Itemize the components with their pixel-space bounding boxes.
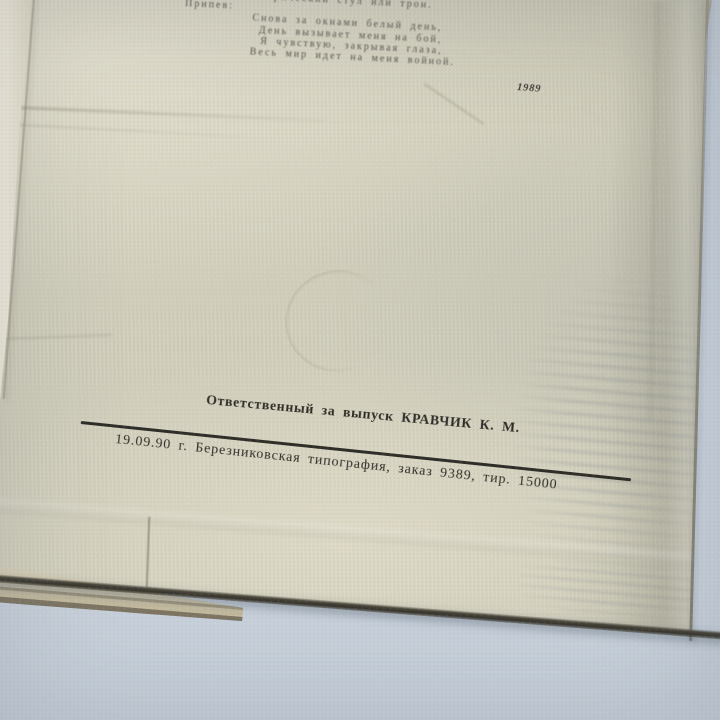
paper-crease [0, 105, 325, 122]
paper-crease [0, 122, 245, 137]
photo-of-booklet-back-page: Сесть на электрический стул или трон. Пр… [0, 0, 720, 720]
ring-stain [276, 260, 401, 382]
paper-tear-line [146, 517, 151, 589]
year-label: 1989 [517, 82, 542, 95]
poem-block: Сесть на электрический стул или трон. Пр… [182, 0, 458, 68]
responsible-credit-line: Ответственный за выпуск КРАВЧИК К. М. [206, 392, 521, 436]
paper-crease [424, 83, 485, 125]
booklet-back-page: Сесть на электрический стул или трон. Пр… [0, 0, 720, 720]
paper-crease [0, 334, 112, 340]
